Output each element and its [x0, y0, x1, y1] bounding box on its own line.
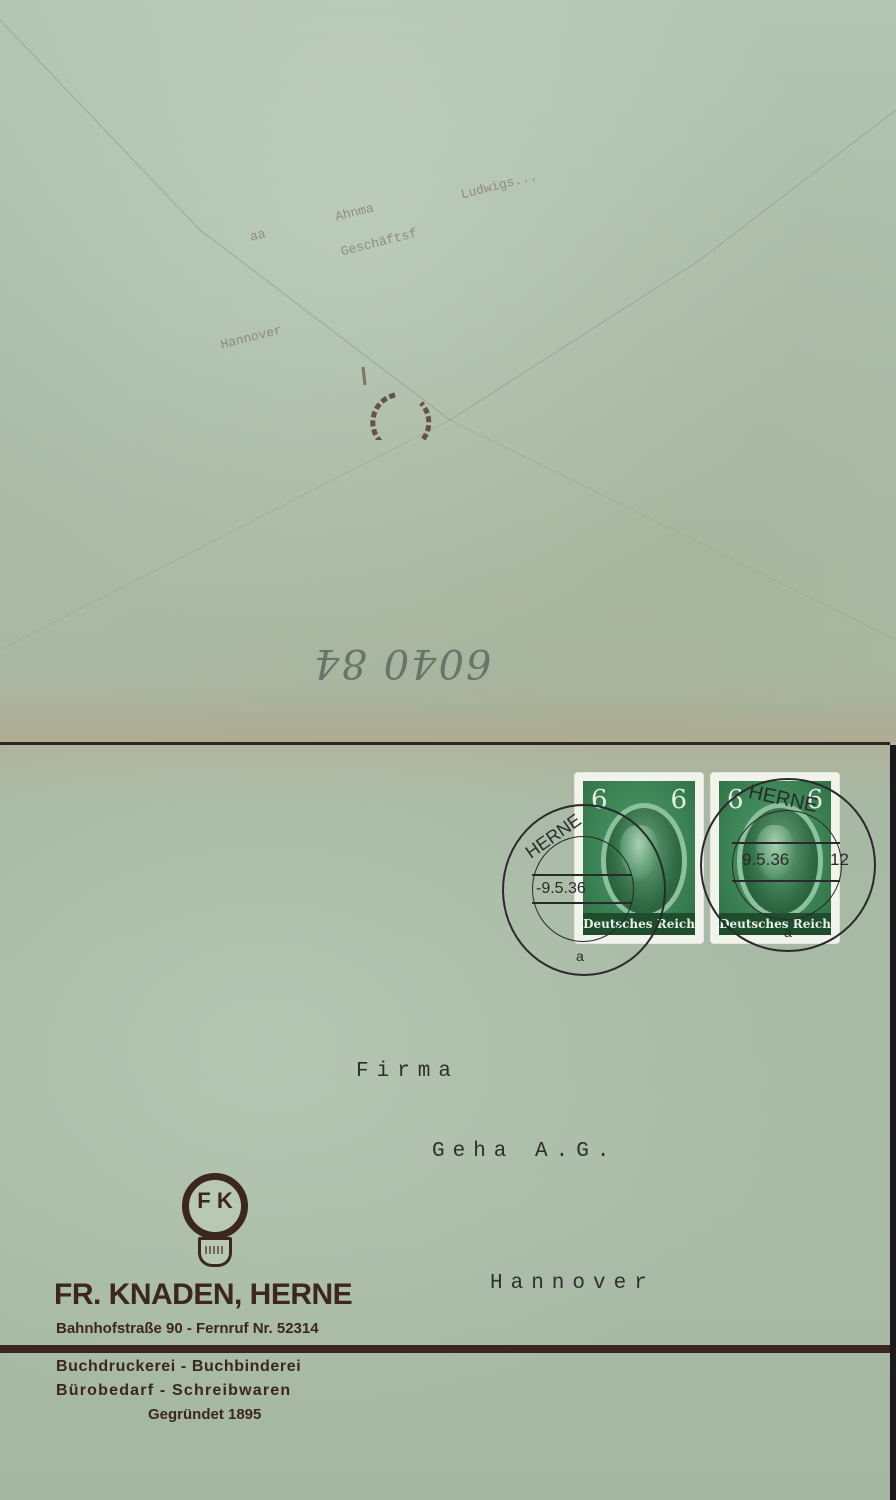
- founded-year: Gegründet 1895: [148, 1406, 261, 1423]
- stamp-value: 6: [670, 785, 687, 815]
- envelope-edge: [890, 745, 896, 1500]
- postmark-right: HERNE 9.5.36 12 a: [700, 778, 876, 952]
- postmark-left: HERNE -9.5.36 a: [502, 804, 666, 976]
- envelope-flap-lines: [0, 0, 896, 742]
- company-name: FR. KNADEN, HERNE: [54, 1278, 352, 1312]
- postmark-code: a: [784, 924, 792, 940]
- business-line-1: Buchdruckerei - Buchbinderei: [56, 1358, 301, 1376]
- receiver-postmark-fragment: [355, 345, 435, 440]
- recipient-line-1: Firma: [356, 1060, 459, 1083]
- postmark-hour: 12: [830, 850, 849, 870]
- company-address: Bahnhofstraße 90 - Fernruf Nr. 52314: [56, 1320, 319, 1337]
- postmark-code: a: [576, 948, 584, 964]
- envelope-back: aa Ahnma Geschäftsf Ludwigs... Hannover …: [0, 0, 896, 742]
- recipient-line-3: Hannover: [490, 1272, 655, 1295]
- postmark-date: -9.5.36: [536, 880, 586, 898]
- postmark-date: 9.5.36: [742, 850, 789, 870]
- letterhead-rule: [0, 1345, 890, 1353]
- business-line-2: Bürobedarf - Schreibwaren: [56, 1382, 291, 1400]
- handwritten-reference-number: 6040 84: [312, 640, 491, 686]
- company-logo-shield: [198, 1237, 232, 1267]
- company-logo: F K: [182, 1173, 248, 1239]
- recipient-line-2: Geha A.G.: [432, 1140, 617, 1163]
